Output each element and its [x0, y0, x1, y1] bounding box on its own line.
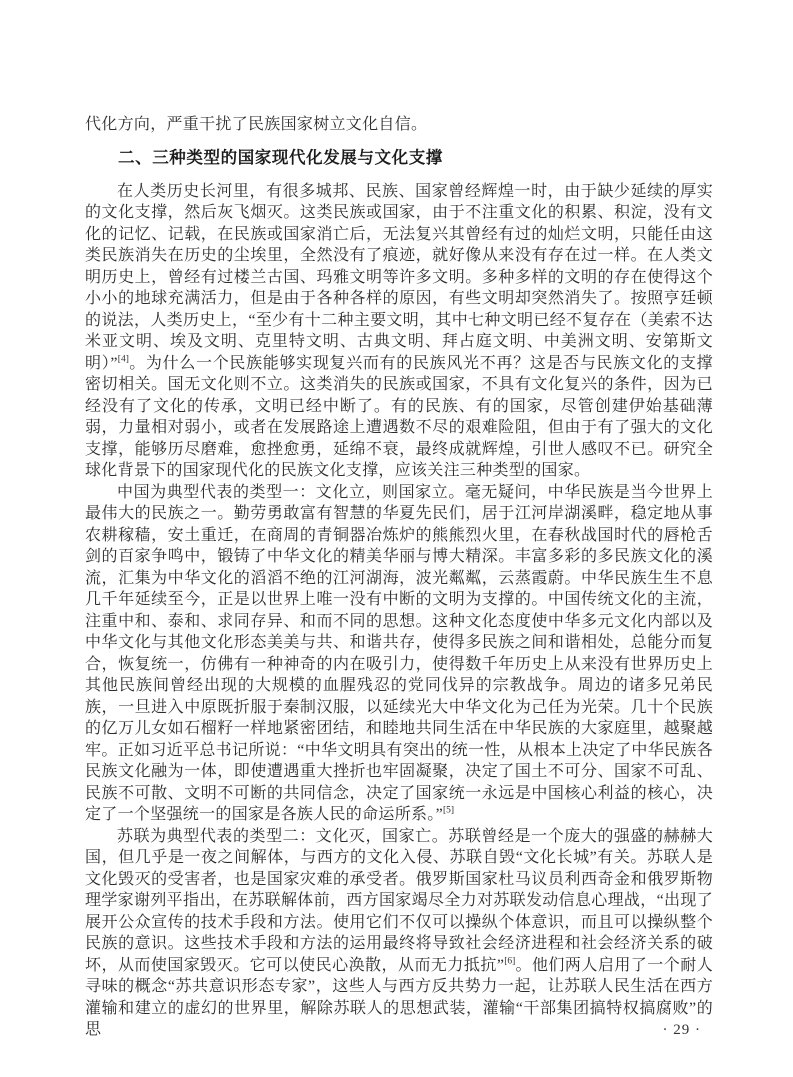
section-heading: 二、三种类型的国家现代化发展与文化支撑: [85, 147, 713, 169]
text-column: 代化方向，严重干扰了民族国家树立文化自信。 二、三种类型的国家现代化发展与文化支…: [85, 114, 713, 1041]
footnote-ref: [4]: [118, 354, 129, 364]
paragraph: 苏联为典型代表的类型二：文化灭，国家亡。苏联曾经是一个庞大的强盛的赫赫大国，但几…: [85, 826, 713, 1041]
page-number: · 29 ·: [663, 1022, 702, 1039]
footnote-ref: [5]: [443, 806, 454, 816]
document-page: 代化方向，严重干扰了民族国家树立文化自信。 二、三种类型的国家现代化发展与文化支…: [0, 0, 793, 1077]
article-body: 在人类历史长河里，有很多城邦、民族、国家曾经辉煌一时，由于缺少延续的厚实的文化支…: [85, 181, 713, 1041]
paragraph: 中国为典型代表的类型一：文化立，则国家立。毫无疑问，中华民族是当今世界上最伟大的…: [85, 482, 713, 826]
continuation-line: 代化方向，严重干扰了民族国家树立文化自信。: [85, 114, 713, 136]
footnote-ref: [6]: [504, 956, 515, 966]
paragraph: 在人类历史长河里，有很多城邦、民族、国家曾经辉煌一时，由于缺少延续的厚实的文化支…: [85, 181, 713, 482]
